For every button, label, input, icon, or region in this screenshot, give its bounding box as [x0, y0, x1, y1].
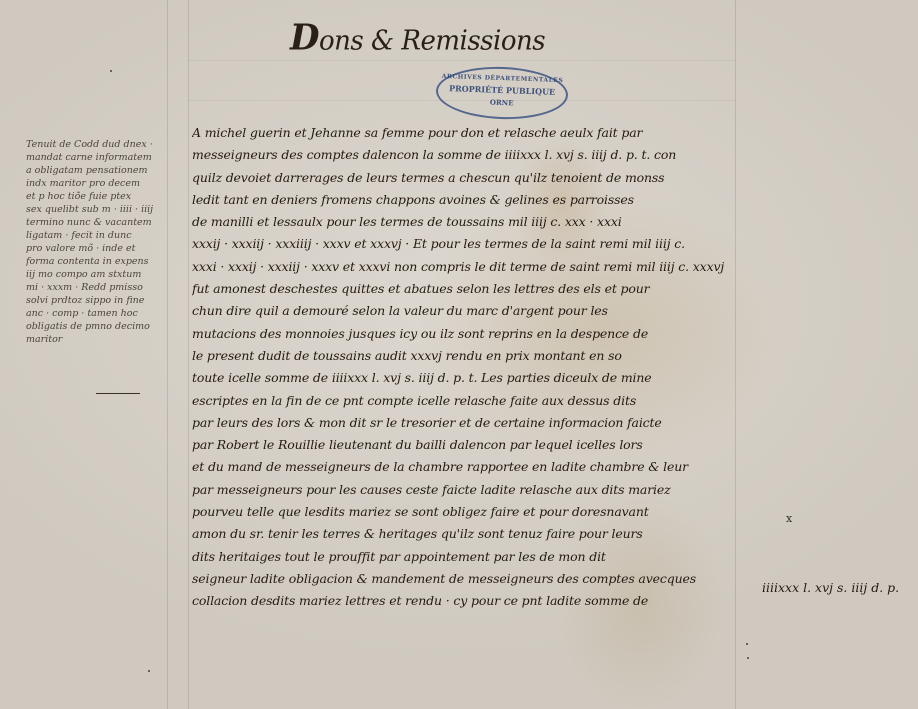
- text-line: chun dire quil a demouré selon la valeur…: [192, 300, 737, 322]
- text-line: xxxij · xxxiij · xxxiiij · xxxv et xxxvj…: [192, 233, 737, 255]
- text-line: seigneur ladite obligacion & mandement d…: [192, 568, 737, 590]
- marginal-annotation: Tenuit de Codd dud dnex · mandat carne i…: [26, 138, 166, 346]
- ink-speck: [110, 70, 112, 72]
- text-line: par leurs des lors & mon dit sr le treso…: [192, 412, 737, 434]
- margin-line: pro valore mõ · inde et: [26, 242, 166, 255]
- margin-line: solvi prdtoz sippo in fine: [26, 294, 166, 307]
- section-heading: Dons & Remissions: [290, 17, 545, 59]
- text-line: pourveu telle que lesdits mariez se sont…: [192, 501, 737, 523]
- text-line: de manilli et lessaulx pour les termes d…: [192, 211, 737, 233]
- text-line: A michel guerin et Jehanne sa femme pour…: [192, 122, 737, 144]
- margin-line: obligatis de pmno decimo: [26, 320, 166, 333]
- margin-flourish-mark: [96, 393, 140, 394]
- text-line: ledit tant en deniers fromens chappons a…: [192, 189, 737, 211]
- ink-speck: [746, 643, 748, 645]
- margin-line: termino nunc & vacantem: [26, 216, 166, 229]
- heading-text: ons & Remissions: [319, 25, 545, 56]
- stamp-line-propriete: PROPRIÉTÉ PUBLIQUE: [438, 83, 566, 97]
- margin-line: a obligatam pensationem: [26, 164, 166, 177]
- margin-line: indx maritor pro decem: [26, 177, 166, 190]
- margin-line: mandat carne informatem: [26, 151, 166, 164]
- text-line: toute icelle somme de iiiixxx l. xvj s. …: [192, 367, 737, 389]
- text-line: escriptes en la fin de ce pnt compte ice…: [192, 390, 737, 412]
- text-line: messeigneurs des comptes dalencon la som…: [192, 144, 737, 166]
- text-line: et du mand de messeigneurs de la chambre…: [192, 456, 737, 478]
- text-line: par messeigneurs pour les causes ceste f…: [192, 479, 737, 501]
- margin-line: anc · comp · tamen hoc: [26, 307, 166, 320]
- margin-line: forma contenta in expens: [26, 255, 166, 268]
- margin-line: et p hoc tiõe fuie ptex: [26, 190, 166, 203]
- text-line: par Robert le Rouillie lieutenant du bai…: [192, 434, 737, 456]
- main-text-block: A michel guerin et Jehanne sa femme pour…: [192, 122, 737, 613]
- text-line: le present dudit de toussains audit xxxv…: [192, 345, 737, 367]
- margin-cross-mark: x: [786, 512, 792, 525]
- vertical-ruling-line: [188, 0, 189, 709]
- horizontal-ruling-line: [188, 60, 735, 61]
- margin-line: ligatam · fecit in dunc: [26, 229, 166, 242]
- text-line: dits heritaiges tout le prouffit par app…: [192, 546, 737, 568]
- margin-line: Tenuit de Codd dud dnex ·: [26, 138, 166, 151]
- ink-speck: [148, 670, 150, 672]
- marginal-sum: iiiixxx l. xvj s. iiij d. p.: [762, 580, 899, 595]
- heading-initial: D: [290, 17, 319, 59]
- stamp-line-orne: ORNE: [438, 96, 566, 109]
- text-line: collacion desdits mariez lettres et rend…: [192, 590, 737, 612]
- text-line: fut amonest deschestes quittes et abatue…: [192, 278, 737, 300]
- text-line: mutacions des monnoies jusques icy ou il…: [192, 323, 737, 345]
- text-line: xxxi · xxxij · xxxiij · xxxv et xxxvi no…: [192, 256, 737, 278]
- margin-line: sex quelibt sub m · iiii · iiij: [26, 203, 166, 216]
- margin-line: mi · xxxm · Redd pmisso: [26, 281, 166, 294]
- margin-line: iij mo compo am stxtum: [26, 268, 166, 281]
- text-line: quilz devoiet darrerages de leurs termes…: [192, 167, 737, 189]
- text-line: amon du sr. tenir les terres & heritages…: [192, 523, 737, 545]
- margin-line: maritor: [26, 333, 166, 346]
- ink-speck: [747, 657, 749, 659]
- vertical-ruling-line: [167, 0, 168, 709]
